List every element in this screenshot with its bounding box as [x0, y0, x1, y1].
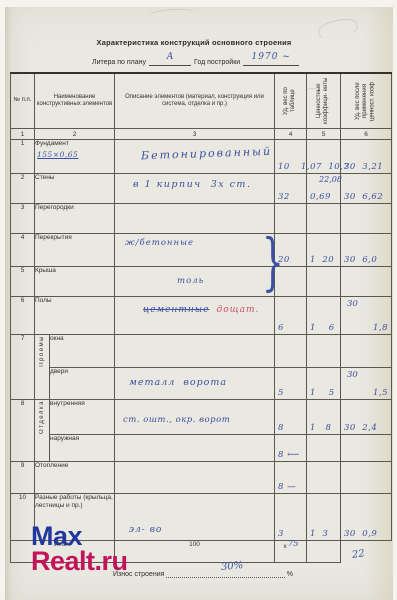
- row-desc-cell: толь: [115, 267, 275, 297]
- misc-works-description-handwritten: эл- во: [129, 525, 162, 535]
- total-weight-cell: 100: [115, 541, 275, 563]
- row-floors-structural: 4 Перекрытия ж/бетонные 20 1 20 30 6,0: [11, 234, 392, 267]
- ceilings-description-handwritten: ж/бетонные: [125, 238, 274, 248]
- cell-v6: [341, 462, 392, 494]
- watermark-line2: Realt.ru: [31, 549, 128, 574]
- cell-v5: 1 6: [307, 297, 341, 335]
- row-desc-cell: Бетонированный: [115, 140, 275, 174]
- col-number: 6: [341, 129, 392, 140]
- header-col-name: Наименование конструктивных элементов: [35, 73, 115, 129]
- cell-v5: [307, 204, 341, 234]
- header-col-weight: Уд. вес по таблице: [275, 73, 307, 129]
- document-title: Характеристика конструкций основного стр…: [60, 38, 328, 47]
- handwritten-brace: }: [262, 231, 284, 293]
- wear-handwritten-value: 30%: [221, 560, 244, 573]
- row-desc-cell: ст. ошт., окр. ворот: [115, 400, 275, 435]
- header-col-num: № п.п.: [11, 73, 35, 129]
- cell-v6: 301,5: [341, 368, 392, 400]
- row-finish-exterior: наружная 8 ⟵: [11, 435, 392, 462]
- cell-v4: 32: [275, 174, 307, 204]
- litera-blank: А: [149, 56, 191, 66]
- col-number: 2: [35, 129, 115, 140]
- col-number: 4: [275, 129, 307, 140]
- row-num: 7: [11, 335, 35, 400]
- cell-v5: [307, 267, 341, 297]
- header-col-coeff: Ценностные коэффици- енты: [307, 73, 341, 129]
- total-sum-handwritten: 22: [351, 548, 365, 561]
- cell-v6: [341, 267, 392, 297]
- row-floors: 6 Полы цементные дощат. 6 1 6 301,8: [11, 297, 392, 335]
- cell-v4: 3: [275, 494, 307, 541]
- wear-line: Износ строения 30% %: [113, 569, 293, 578]
- row-openings-windows: 7 Проемы окна: [11, 335, 392, 368]
- row-desc-cell: ж/бетонные: [115, 234, 275, 267]
- row-num: 1: [11, 140, 35, 174]
- cell-v5: [307, 335, 341, 368]
- openings-group-cell: Проемы: [35, 335, 50, 400]
- row-desc-cell: в 1 кирпич 3х ст.: [115, 174, 275, 204]
- cell-v5: [307, 435, 341, 462]
- total-coeff-handwritten: 75: [288, 539, 299, 549]
- cell-v6: [341, 435, 392, 462]
- row-desc-cell: металл ворота: [115, 368, 275, 400]
- scanned-document-page: Характеристика конструкций основного стр…: [0, 0, 397, 600]
- col-number: 3: [115, 129, 275, 140]
- row-roof: 5 Крыша толь: [11, 267, 392, 297]
- cell-v4: 8 ⟵: [275, 435, 307, 462]
- wear-dotted-blank: 30%: [166, 569, 284, 578]
- cell-v6: 301,8: [341, 297, 392, 335]
- row-openings-doors: двери металл ворота 5 1 5 301,5: [11, 368, 392, 400]
- foundation-description-handwritten: Бетонированный: [141, 145, 274, 163]
- walls-description-handwritten: в 1 кирпич 3х ст.: [133, 179, 274, 190]
- row-name-cell: Крыша: [35, 267, 115, 297]
- row-name-cell: Перегородки: [35, 204, 115, 234]
- sub-row-doors: двери: [50, 368, 115, 400]
- cell-v5: [307, 462, 341, 494]
- row-heating: 9 Отопление 8 —: [11, 462, 392, 494]
- row-name-cell: Фундамент155×0,65: [35, 140, 115, 174]
- sub-row-windows: окна: [50, 335, 115, 368]
- cell-v5: 1 5: [307, 368, 341, 400]
- row-finish-interior: 8 Отделка внутренняя ст. ошт., окр. воро…: [11, 400, 392, 435]
- litera-label: Литера по плану: [92, 59, 146, 66]
- cell-v5: 1,07 10,7: [307, 140, 341, 174]
- cell-v4: 8: [275, 400, 307, 435]
- row-desc-cell: [115, 204, 275, 234]
- row-num: 6: [11, 297, 35, 335]
- cell-v4: [275, 335, 307, 368]
- cell-v5: 22,080,69: [307, 174, 341, 204]
- row-desc-cell: [115, 335, 275, 368]
- col-number: 1: [11, 129, 35, 140]
- header-col-description: Описание элементов (материал, конструкци…: [115, 73, 275, 129]
- cell-v5: 1 20: [307, 234, 341, 267]
- row-desc-cell: цементные дощат.: [115, 297, 275, 335]
- cell-v4: 6: [275, 297, 307, 335]
- litera-handwritten-value: А: [149, 52, 191, 62]
- table-header-row: № п.п. Наименование конструктивных элеме…: [11, 73, 392, 129]
- row-num: 9: [11, 462, 35, 494]
- foundation-dimensions-handwritten: 155×0,65: [37, 150, 114, 159]
- cell-v6: [341, 204, 392, 234]
- row-num: 4: [11, 234, 35, 267]
- total-after-cell: [307, 541, 341, 563]
- column-number-row: 1 2 3 4 5 6: [11, 129, 392, 140]
- row-desc-cell: эл- во: [115, 494, 275, 541]
- total-coeff-cell: х75: [275, 541, 307, 563]
- cell-v4: 8 —: [275, 462, 307, 494]
- row-num: 2: [11, 174, 35, 204]
- row-walls: 2 Стены в 1 кирпич 3х ст. 32 22,080,69 3…: [11, 174, 392, 204]
- row-desc-cell: [115, 462, 275, 494]
- sub-row-exterior: наружная: [50, 435, 115, 462]
- cell-v6: [341, 335, 392, 368]
- doors-description-handwritten: металл ворота: [129, 377, 274, 388]
- roof-description-handwritten: толь: [177, 276, 274, 286]
- year-label: Год постройки: [194, 59, 240, 66]
- maxrealt-watermark: Max Realt.ru: [31, 524, 128, 575]
- cell-v6: 30 0,9: [341, 494, 392, 541]
- row-name-cell: Полы: [35, 297, 115, 335]
- row-name-cell: Стены: [35, 174, 115, 204]
- row-num: 8: [11, 400, 35, 462]
- interior-finish-description-handwritten: ст. ошт., окр. ворот: [123, 415, 274, 425]
- cell-v6: 30 3,21: [341, 140, 392, 174]
- row-desc-cell: [115, 435, 275, 462]
- cell-v5: 1 3: [307, 494, 341, 541]
- sub-row-interior: внутренняя: [50, 400, 115, 435]
- row-num: 3: [11, 204, 35, 234]
- header-col-weight-after: Уд. вес после применения ценност. коэф: [341, 73, 392, 129]
- row-name-cell: Перекрытия: [35, 234, 115, 267]
- col-number: 5: [307, 129, 341, 140]
- year-blank: 1970 ~: [243, 56, 299, 66]
- row-partitions: 3 Перегородки: [11, 204, 392, 234]
- cell-v4: 5: [275, 368, 307, 400]
- wear-percent-sign: %: [287, 571, 293, 578]
- cell-v6: 30 6,0: [341, 234, 392, 267]
- litera-year-line: Литера по плануАГод постройки1970 ~: [92, 56, 302, 66]
- row-num: 5: [11, 267, 35, 297]
- construction-characteristics-table: № п.п. Наименование конструктивных элеме…: [10, 72, 392, 563]
- finish-group-cell: Отделка: [35, 400, 50, 462]
- year-handwritten-value: 1970 ~: [243, 52, 299, 62]
- row-foundation: 1 Фундамент155×0,65 Бетонированный 10 1,…: [11, 140, 392, 174]
- row-name-cell: Отопление: [35, 462, 115, 494]
- floors-description-handwritten: цементные дощат.: [143, 304, 274, 315]
- cell-v6: 30 6,62: [341, 174, 392, 204]
- cell-v6: 30 2,4: [341, 400, 392, 435]
- cell-v5: 1 8: [307, 400, 341, 435]
